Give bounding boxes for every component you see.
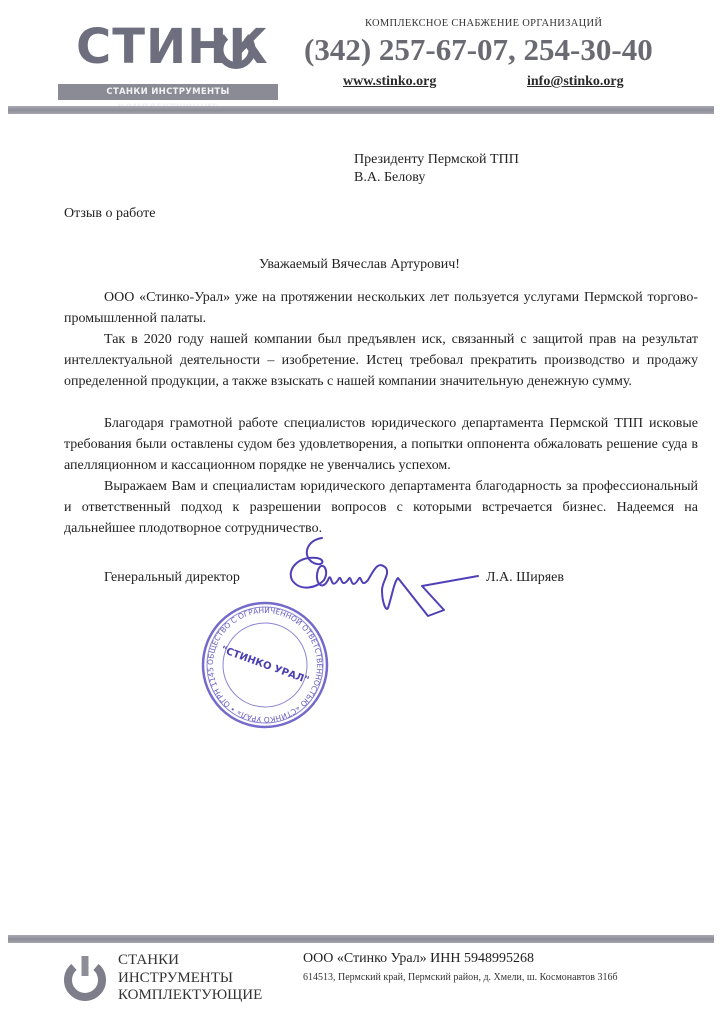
footer-divider — [8, 935, 714, 943]
header-subtitle: КОМПЛЕКСНОЕ СНАБЖЕНИЕ ОРГАНИЗАЦИЙ — [365, 18, 602, 29]
footer-address: 614513, Пермский край, Пермский район, д… — [303, 972, 618, 983]
power-icon — [214, 26, 258, 70]
company-stamp: ОБЩЕСТВО С ОГРАНИЧЕННОЙ ОТВЕТСТВЕННОСТЬЮ… — [190, 600, 340, 730]
letter-salutation: Уважаемый Вячеслав Артурович! — [259, 256, 460, 274]
footer-tagline: СТАНКИ ИНСТРУМЕНТЫ КОМПЛЕКТУЮЩИЕ — [118, 952, 262, 1005]
letter-subject: Отзыв о работе — [64, 205, 155, 223]
header-divider — [8, 106, 714, 114]
logo-tagline: СТАНКИ ИНСТРУМЕНТЫ КОМПЛЕКТУЮЩИЕ — [58, 84, 278, 100]
footer-tagline-line-1: СТАНКИ — [118, 952, 262, 970]
paragraph-1: ООО «Стинко-Урал» уже на протяжении неск… — [64, 287, 698, 329]
addressee-line-1: Президенту Пермской ТПП — [354, 151, 519, 169]
footer-tagline-line-2: ИНСТРУМЕНТЫ — [118, 970, 262, 988]
signature-title: Генеральный директор — [104, 569, 240, 587]
addressee-line-2: В.А. Белову — [354, 169, 425, 187]
paragraph-2: Так в 2020 году нашей компании был предъ… — [64, 329, 698, 392]
paragraph-3: Благодаря грамотной работе специалистов … — [64, 413, 698, 476]
website-link[interactable]: www.stinko.org — [343, 74, 436, 90]
footer-tagline-line-3: КОМПЛЕКТУЮЩИЕ — [118, 987, 262, 1005]
header-phones: (342) 257-67-07, 254-30-40 — [304, 32, 653, 68]
email-link[interactable]: info@stinko.org — [527, 74, 624, 90]
footer-company-info: ООО «Стинко Урал» ИНН 5948995268 — [303, 951, 534, 967]
svg-text:"СТИНКО УРАЛ": "СТИНКО УРАЛ" — [219, 644, 310, 686]
signatory-name: Л.А. Ширяев — [486, 569, 564, 587]
power-icon — [62, 955, 108, 1001]
